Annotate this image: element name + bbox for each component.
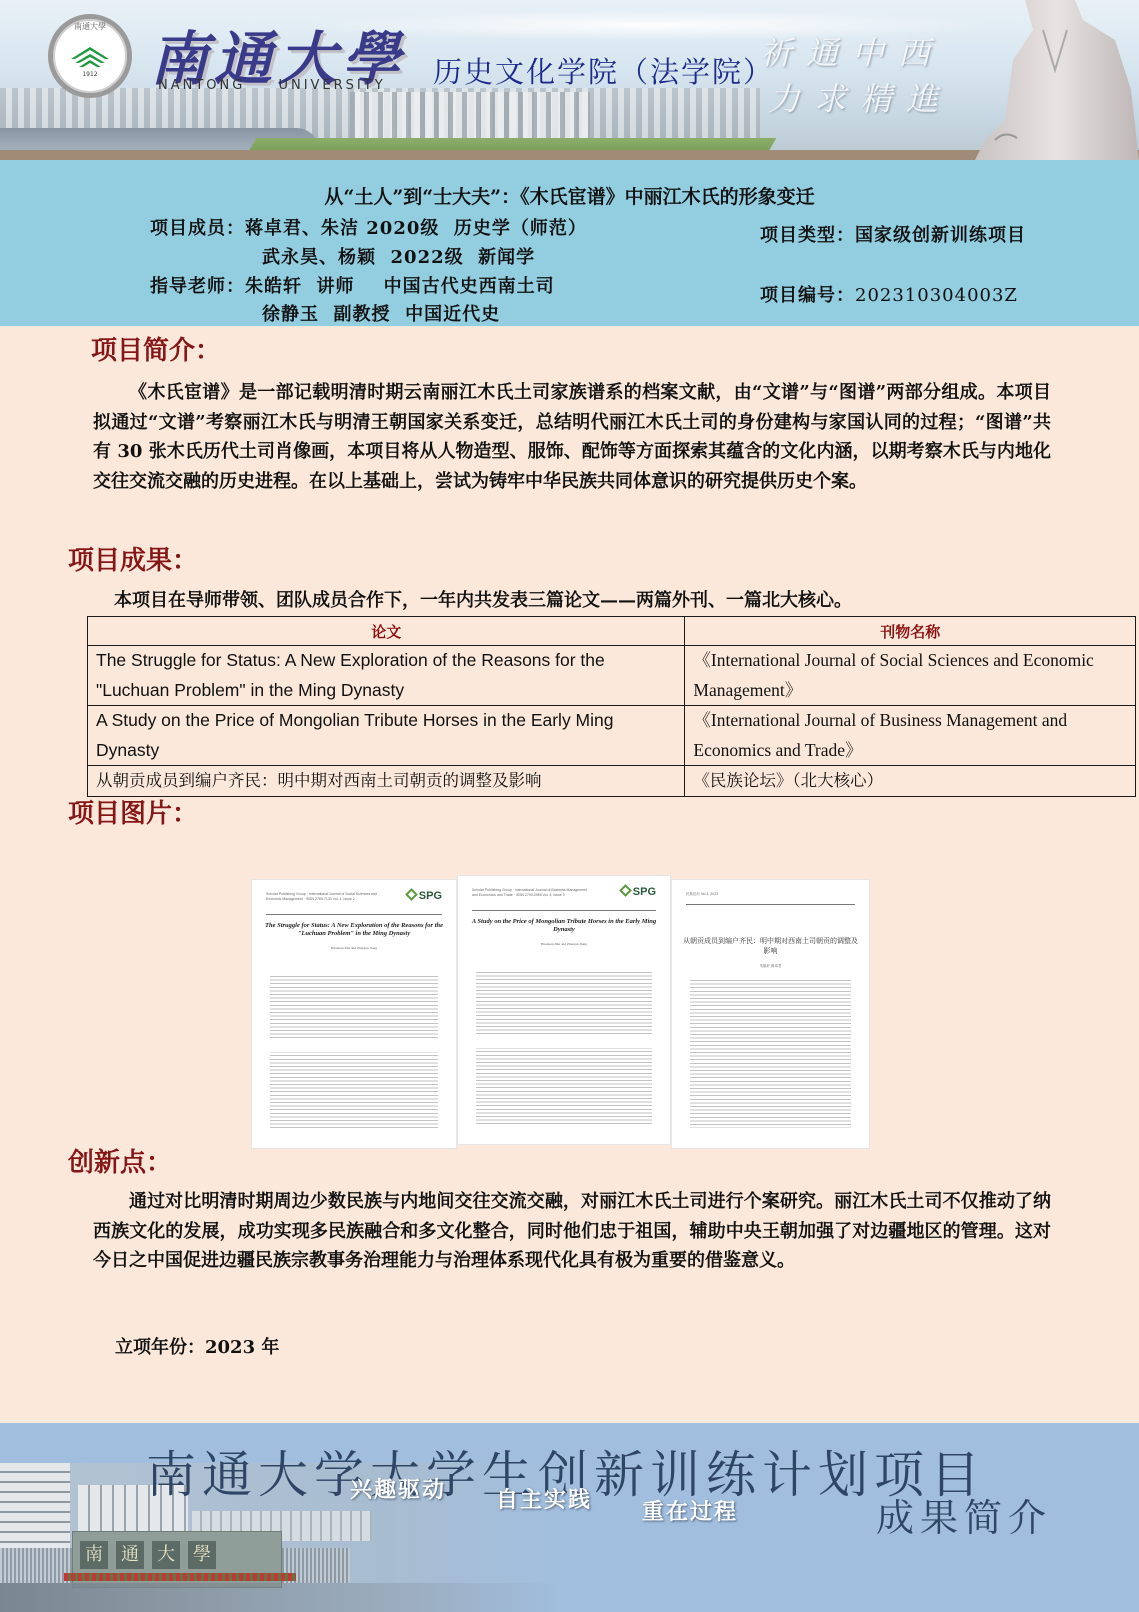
project-year: 立项年份：2023 年 bbox=[115, 1333, 515, 1363]
project-title: 从“土人”到“士大夫”：《木氏宦谱》中丽江木氏的形象变迁 bbox=[0, 182, 1139, 209]
university-name-en: NANTONG UNIVERSITY bbox=[158, 78, 386, 93]
gate-char: 通 bbox=[116, 1541, 144, 1569]
gate-char: 學 bbox=[188, 1541, 216, 1569]
column-header-journal: 刊物名称 bbox=[685, 617, 1136, 646]
thumb-title: A Study on the Price of Mongolian Tribut… bbox=[468, 918, 660, 934]
header-banner: 南通大學 1912 南通大學 NANTONG UNIVERSITY 历史文化学院… bbox=[0, 0, 1139, 160]
motto: 祈通中西 力求精進 bbox=[760, 30, 952, 122]
paper-title-cell: A Study on the Price of Mongolian Tribut… bbox=[88, 706, 685, 766]
flowerbed-image bbox=[64, 1573, 296, 1581]
table-row: 从朝贡成员到编户齐民：明中期对西南土司朝贡的调整及影响 《民族论坛》（北大核心） bbox=[88, 766, 1136, 797]
college-name: 历史文化学院（法学院） bbox=[433, 50, 774, 91]
seal-text: 南通大學 bbox=[53, 21, 127, 32]
thumb-body-text bbox=[476, 972, 652, 1124]
building-image bbox=[0, 1463, 70, 1548]
university-seal-logo: 南通大學 1912 bbox=[48, 14, 132, 98]
thumb-title: The Struggle for Status: A New Explorati… bbox=[262, 922, 446, 938]
university-name-en-1: NANTONG bbox=[158, 78, 245, 93]
thumb-authors: 朱皓轩 蒋卓君 bbox=[682, 964, 859, 969]
thumb-header: Scholar Publishing Group · International… bbox=[472, 888, 592, 897]
gate-char: 南 bbox=[80, 1541, 108, 1569]
journal-name-cell: 《International Journal of Business Manag… bbox=[685, 706, 1136, 766]
intro-heading: 项目简介： bbox=[91, 330, 221, 367]
papers-table: 论文 刊物名称 The Struggle for Status: A New E… bbox=[87, 616, 1136, 797]
thumb-body-text bbox=[270, 976, 438, 1128]
intro-text: 《木氏宦谱》是一部记载明清时期云南丽江木氏土司家族谱系的档案文献，由“文谱”与“… bbox=[93, 378, 1051, 496]
advisors-line-1: 朱皓轩 讲师 中国古代史西南土司 bbox=[245, 276, 555, 297]
paper-thumbnail-1: Scholar Publishing Group · International… bbox=[251, 879, 457, 1149]
seal-roof-icon bbox=[69, 45, 111, 69]
table-header-row: 论文 刊物名称 bbox=[88, 617, 1136, 646]
slogan-interest: 兴趣驱动 bbox=[350, 1473, 446, 1504]
paper-title-cell: The Struggle for Status: A New Explorati… bbox=[88, 646, 685, 706]
results-summary: 本项目在导师带领、团队成员合作下，一年内共发表三篇论文——两篇外刊、一篇北大核心… bbox=[114, 586, 1114, 616]
innovation-text: 通过对比明清时期周边少数民族与内地间交往交流交融，对丽江木氏土司进行个案研究。丽… bbox=[93, 1187, 1051, 1276]
gate-inscription: 南 通 大 學 bbox=[80, 1541, 216, 1569]
paper-thumbnail-2: Scholar Publishing Group · International… bbox=[457, 875, 671, 1145]
project-type-value: 国家级创新训练项目 bbox=[855, 225, 1026, 246]
divider bbox=[472, 910, 656, 911]
publisher-name: SPG bbox=[633, 886, 656, 898]
project-number: 项目编号：202310304003Z bbox=[760, 281, 1018, 307]
innovation-heading: 创新点： bbox=[68, 1142, 172, 1179]
journal-name-cell: 《民族论坛》（北大核心） bbox=[685, 766, 1136, 797]
slogan-process: 重在过程 bbox=[642, 1495, 738, 1526]
results-heading: 项目成果： bbox=[68, 540, 198, 577]
project-info-panel: 从“土人”到“士大夫”：《木氏宦谱》中丽江木氏的形象变迁 项目成员：蒋卓君、朱洁… bbox=[0, 160, 1139, 326]
motto-line-2: 力求精進 bbox=[760, 76, 952, 122]
slogan-practice: 自主实践 bbox=[496, 1483, 592, 1514]
thumb-authors: Haoxuan Zhu and Zhuojun Jiang bbox=[262, 946, 446, 951]
university-name-en-2: UNIVERSITY bbox=[278, 78, 385, 93]
thumb-title: 从朝贡成员到编户齐民：明中期对西南土司朝贡的调整及影响 bbox=[682, 936, 859, 956]
advisors-row-1: 指导老师：朱皓轩 讲师 中国古代史西南土司 bbox=[150, 272, 555, 298]
paper-title-cell: 从朝贡成员到编户齐民：明中期对西南土司朝贡的调整及影响 bbox=[88, 766, 685, 797]
road-image bbox=[0, 1583, 560, 1612]
project-number-label: 项目编号： bbox=[760, 285, 855, 306]
spg-logo-icon bbox=[405, 888, 418, 901]
thumb-body-text bbox=[690, 980, 851, 1128]
table-row: The Struggle for Status: A New Explorati… bbox=[88, 646, 1136, 706]
project-type-label: 项目类型： bbox=[760, 225, 855, 246]
project-type: 项目类型：国家级创新训练项目 bbox=[760, 221, 1026, 247]
divider bbox=[686, 904, 855, 905]
members-line-1: 蒋卓君、朱洁 2020级 历史学（师范） bbox=[245, 218, 587, 239]
advisors-line-2: 徐静玉 副教授 中国近代史 bbox=[262, 300, 500, 326]
members-row-1: 项目成员：蒋卓君、朱洁 2020级 历史学（师范） bbox=[150, 214, 587, 240]
publisher-name: SPG bbox=[419, 890, 442, 902]
statue-image bbox=[955, 0, 1139, 160]
table-row: A Study on the Price of Mongolian Tribut… bbox=[88, 706, 1136, 766]
footer-subtitle: 成果简介 bbox=[876, 1487, 1052, 1542]
paper-thumbnail-3: 民族论坛 No.3, 2023 从朝贡成员到编户齐民：明中期对西南土司朝贡的调整… bbox=[671, 879, 870, 1149]
gate-char: 大 bbox=[152, 1541, 180, 1569]
spg-logo-icon bbox=[619, 884, 632, 897]
publisher-logo: SPG bbox=[621, 886, 656, 898]
thumb-authors: Haoxuan Zhu and Zhuojun Jiang bbox=[468, 942, 660, 947]
paper-thumbnails: Scholar Publishing Group · International… bbox=[251, 875, 870, 1145]
publisher-logo: SPG bbox=[407, 890, 442, 902]
journal-name-cell: 《International Journal of Social Science… bbox=[685, 646, 1136, 706]
images-heading: 项目图片： bbox=[68, 793, 198, 830]
advisors-label: 指导老师： bbox=[150, 276, 245, 297]
members-line-2: 武永昊、杨颖 2022级 新闻学 bbox=[262, 243, 535, 269]
members-label: 项目成员： bbox=[150, 218, 245, 239]
seal-year: 1912 bbox=[53, 71, 127, 78]
divider bbox=[266, 914, 442, 915]
motto-line-1: 祈通中西 bbox=[760, 30, 952, 76]
thumb-header: Scholar Publishing Group · International… bbox=[266, 892, 386, 901]
column-header-paper: 论文 bbox=[88, 617, 685, 646]
project-number-value: 202310304003Z bbox=[855, 285, 1018, 306]
footer-banner: 南 通 大 學 南通大学大学生创新训练计划项目 兴趣驱动 自主实践 重在过程 成… bbox=[0, 1423, 1139, 1612]
thumb-header: 民族论坛 No.3, 2023 bbox=[686, 892, 806, 897]
